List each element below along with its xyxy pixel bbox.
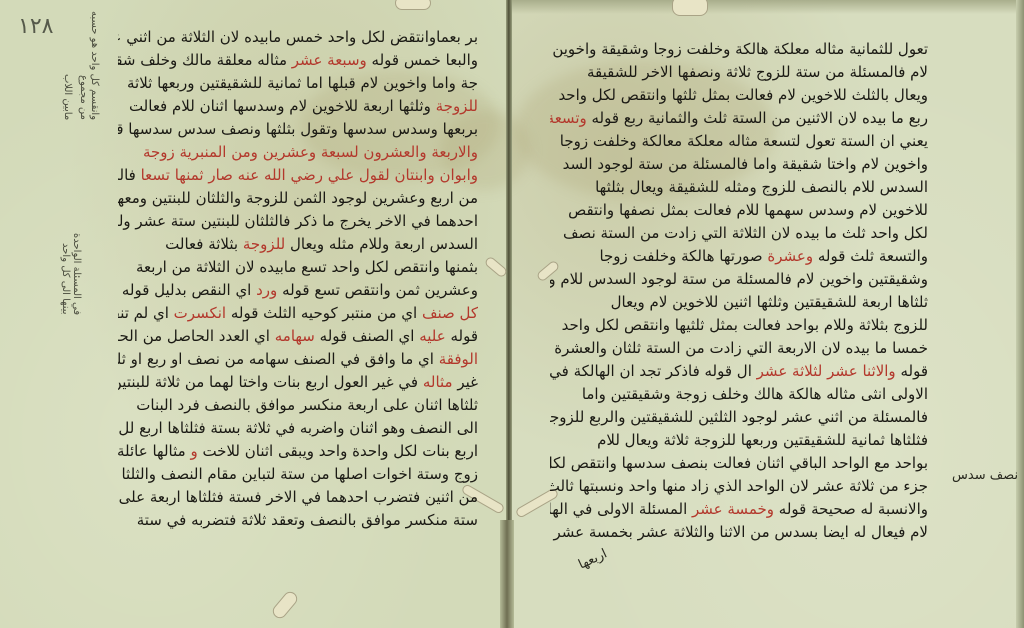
text-line: من اربع وعشرين لوجود الثمن للزوجة والثلث… bbox=[118, 187, 478, 210]
text-line: والاربعة والعشرون لسبعة وعشرين ومن المنب… bbox=[118, 141, 478, 164]
text-line: السدس للام بالنصف للزوج ومثله للشقيقة وي… bbox=[550, 176, 928, 199]
text-line: يعني ان الستة تعول لتسعة مثاله معلكة معا… bbox=[550, 130, 928, 153]
body-text: من اثنين فتضرب احدهما في الاخر فستة فثلث… bbox=[119, 488, 478, 506]
text-line: ويعال بالثلث للاخوين لام فعالت بمثل ثلثه… bbox=[550, 84, 928, 107]
body-text: اربع بنات لكل واحدة واحد ويبقى اثنان للا… bbox=[198, 442, 478, 460]
body-text: بثلاثة فعالت bbox=[165, 235, 243, 253]
body-text: اي لم تنقسم bbox=[118, 304, 174, 322]
text-line: بربعها وسدس سدسها وتقول بثلثها ونصف سدس … bbox=[118, 118, 478, 141]
body-text: بواحد مع الواحد الباقي اثنان فعالت بنصف … bbox=[550, 454, 928, 472]
text-line: ستة منكسر موافق بالنصف وتعقد ثلاثة فتضرب… bbox=[118, 509, 478, 532]
body-text: الى النصف وهو اثنان واضربه في ثلاثة بستة… bbox=[118, 419, 478, 437]
rubric-text: كل صنف bbox=[422, 304, 478, 322]
body-text: قوله bbox=[446, 327, 478, 345]
rubric-text: وخمسة عشر bbox=[692, 500, 774, 518]
rubric-text: للزوجة bbox=[436, 97, 478, 115]
body-text: لكل واحد ثلث ما بيده لان الثلاثة التي زا… bbox=[563, 224, 928, 242]
body-text: بر بعماوانتقض لكل واحد خمس مابيده لان ال… bbox=[118, 28, 478, 46]
rubric-text: والاربعة والعشرون لسبعة وعشرين ومن المنب… bbox=[143, 143, 478, 161]
page-right-edge bbox=[1016, 0, 1024, 628]
rubric-text: وعشرة bbox=[767, 247, 813, 265]
body-text: احدهما في الاخر يخرج ما ذكر فالثلثان للب… bbox=[118, 212, 478, 230]
text-line: بثمنها وانتقص لكل واحد تسع مابيده لان ال… bbox=[118, 256, 478, 279]
text-line: الوفقة اي ما وافق في الصنف سهامه من نصف … bbox=[118, 348, 478, 371]
text-line: قوله والاثنا عشر لثلاثة عشر ال قوله فاذك… bbox=[550, 360, 928, 383]
rubric-text: انكسرت bbox=[174, 304, 226, 322]
rubric-text: الوفقة bbox=[439, 350, 478, 368]
body-text: وشقيقتين واخوين لام فالمسئلة من ستة لوجو… bbox=[550, 270, 928, 288]
body-text: ال قوله فاذكر تجد ان الهالكة في bbox=[550, 362, 757, 380]
body-text: السدس للام بالنصف للزوج ومثله للشقيقة وي… bbox=[595, 178, 928, 196]
body-text: ثلثاها اثنان على اربعة منكسر موافق بالنص… bbox=[136, 396, 478, 414]
text-line: والتسعة ثلث قوله وعشرة صورتها هالكة وخلف… bbox=[550, 245, 928, 268]
page-clip bbox=[395, 0, 431, 10]
body-text: غير bbox=[453, 373, 478, 391]
text-line: خمسا ما بيده لان الاربعة التي زادت من ال… bbox=[550, 337, 928, 360]
body-text: ربع ما بيده لان الاثنين من الستة ثلث وال… bbox=[587, 109, 928, 127]
text-line: من اثنين فتضرب احدهما في الاخر فستة فثلث… bbox=[118, 486, 478, 509]
body-text: للاخوين لام وسدس سهمها للام فعالت بمثل ن… bbox=[568, 201, 928, 219]
rubric-text: عليه bbox=[419, 327, 445, 345]
text-line: واخوين لام واختا شقيقة واما فالمسئلة من … bbox=[550, 153, 928, 176]
text-line: والبعا خمس قوله وسبعة عشر مثاله معلقة ما… bbox=[118, 49, 478, 72]
rubric-text: والاثنا عشر لثلاثة عشر bbox=[757, 362, 896, 380]
body-text: فثلثاها ثمانية للشقيقتين وربعها للزوجة ث… bbox=[597, 431, 928, 449]
text-line: كل صنف اي من منتبر كوحيه الثلث قوله انكس… bbox=[118, 302, 478, 325]
text-line: زوج وستة اخوات اصلها من ستة لتباين مقام … bbox=[118, 463, 478, 486]
left-page-text: بر بعماوانتقض لكل واحد خمس مابيده لان ال… bbox=[118, 26, 478, 532]
margin-note: مابين اللاب bbox=[62, 40, 73, 120]
body-text: اي العدد الحاصل من الحرف قوله bbox=[118, 327, 275, 345]
book-gutter-bottom bbox=[500, 520, 514, 628]
text-line: فثلثاها ثمانية للشقيقتين وربعها للزوجة ث… bbox=[550, 429, 928, 452]
text-line: وابوان وابنتان لقول علي رضي الله عنه صار… bbox=[118, 164, 478, 187]
text-line: ثلثاها اربعة للشقيقتين وثلثها اثنين للاخ… bbox=[550, 291, 928, 314]
text-line: الاولى انثى مثاله هالكة هالك وخلف زوجة و… bbox=[550, 383, 928, 406]
body-text: اي من منتبر كوحيه الثلث قوله bbox=[226, 304, 422, 322]
text-line: فالمسئلة من اثني عشر لوجود الثلثين للشقي… bbox=[550, 406, 928, 429]
margin-note: وانقسم كل واحد هو حسبه من مجموع bbox=[78, 10, 100, 120]
text-line: بواحد مع الواحد الباقي اثنان فعالت بنصف … bbox=[550, 452, 928, 475]
body-text: وعشرين ثمن وانتقص تسع قوله bbox=[277, 281, 478, 299]
text-line: لام فالمسئلة من ستة للزوج ثلاثة ونصفها ا… bbox=[550, 61, 928, 84]
margin-note-right: نصف سدس bbox=[952, 468, 1018, 483]
text-line: السدس اربعة وللام مثله ويعال للزوجة بثلا… bbox=[118, 233, 478, 256]
body-text: تعول للثمانية مثاله معلكة هالكة وخلفت زو… bbox=[552, 40, 928, 58]
rubric-text: وابوان وابنتان لقول علي رضي الله عنه صار… bbox=[141, 166, 478, 184]
body-text: فالمسئلة من اثني عشر لوجود الثلثين للشقي… bbox=[550, 408, 928, 426]
body-text: ستة منكسر موافق بالنصف وتعقد ثلاثة فتضرب… bbox=[137, 511, 478, 529]
body-text: لام فالمسئلة من ستة للزوج ثلاثة ونصفها ا… bbox=[587, 63, 928, 81]
text-line: ثلثاها اثنان على اربعة منكسر موافق بالنص… bbox=[118, 394, 478, 417]
body-text: وثلثها اربعة للاخوين لام وسدسها اثنان لل… bbox=[129, 97, 436, 115]
rubric-text: سهامه bbox=[275, 327, 315, 345]
body-text: زوج وستة اخوات اصلها من ستة لتباين مقام … bbox=[121, 465, 478, 483]
text-line: غير مثاله في غير العول اربع بنات واختا ل… bbox=[118, 371, 478, 394]
rubric-text: للزوجة bbox=[243, 235, 285, 253]
margin-note: في المسئلة الواحدة بينها الى كل واحد bbox=[60, 215, 82, 315]
text-line: قوله عليه اي الصنف قوله سهامه اي العدد ا… bbox=[118, 325, 478, 348]
body-text: خمسا ما بيده لان الاربعة التي زادت من ال… bbox=[550, 339, 928, 357]
body-text: بربعها وسدس سدسها وتقول بثلثها ونصف سدس … bbox=[118, 120, 478, 138]
body-text: من اربع وعشرين لوجود الثمن للزوجة والثلث… bbox=[118, 189, 478, 207]
body-text: مثاله معلقة مالك وخلف شقيقتين وزو bbox=[118, 51, 292, 69]
body-text: اي النقص بدليل قوله ولا يرد قوله bbox=[118, 281, 256, 299]
body-text: اي الصنف قوله bbox=[315, 327, 419, 345]
text-line: بر بعماوانتقض لكل واحد خمس مابيده لان ال… bbox=[118, 26, 478, 49]
manuscript-spread: ١٢٨ وانقسم كل واحد هو حسبه من مجموع مابي… bbox=[0, 0, 1024, 628]
body-text: مثالها عائلة bbox=[118, 442, 190, 460]
body-text: السدس اربعة وللام مثله ويعال bbox=[285, 235, 478, 253]
text-line: جة واما واخوين لام قبلها اما ثمانية للشق… bbox=[118, 72, 478, 95]
right-page-text: تعول للثمانية مثاله معلكة هالكة وخلفت زو… bbox=[550, 38, 928, 544]
body-text: بثمنها وانتقص لكل واحد تسع مابيده لان ال… bbox=[136, 258, 478, 276]
page-clip bbox=[672, 0, 708, 16]
rubric-text: وتسعة bbox=[550, 109, 587, 127]
body-text: ويعال بالثلث للاخوين لام فعالت بمثل ثلثه… bbox=[558, 86, 928, 104]
text-line: احدهما في الاخر يخرج ما ذكر فالثلثان للب… bbox=[118, 210, 478, 233]
text-line: جزء من ثلاثة عشر لان الواحد الذي زاد منه… bbox=[550, 475, 928, 498]
rubric-text: و bbox=[190, 442, 197, 460]
body-text: الاولى انثى مثاله هالكة هالك وخلف زوجة و… bbox=[582, 385, 928, 403]
text-line: وشقيقتين واخوين لام فالمسئلة من ستة لوجو… bbox=[550, 268, 928, 291]
text-line: تعول للثمانية مثاله معلكة هالكة وخلفت زو… bbox=[550, 38, 928, 61]
rubric-text: مثاله bbox=[423, 373, 453, 391]
page-top-shadow bbox=[512, 0, 1024, 14]
body-text: واخوين لام واختا شقيقة واما فالمسئلة من … bbox=[563, 155, 928, 173]
body-text: للزوج بثلاثة وللام بواحد فعالت بمثل ثلثي… bbox=[562, 316, 928, 334]
text-line: والانسبة له صحيحة قوله وخمسة عشر المسئلة… bbox=[550, 498, 928, 521]
body-text: اي ما وافق في الصنف سهامه من نصف او ربع … bbox=[118, 350, 439, 368]
body-text: يعني ان الستة تعول لتسعة مثاله معلكة معا… bbox=[560, 132, 928, 150]
text-line: ربع ما بيده لان الاثنين من الستة ثلث وال… bbox=[550, 107, 928, 130]
folio-number: ١٢٨ bbox=[18, 14, 53, 39]
body-text: جة واما واخوين لام قبلها اما ثمانية للشق… bbox=[127, 74, 478, 92]
body-text: صورتها هالكة وخلفت زوجا bbox=[599, 247, 767, 265]
body-text: فالمسئلة bbox=[118, 166, 141, 184]
text-line: الى النصف وهو اثنان واضربه في ثلاثة بستة… bbox=[118, 417, 478, 440]
body-text: ثلثاها اربعة للشقيقتين وثلثها اثنين للاخ… bbox=[611, 293, 928, 311]
body-text: والتسعة ثلث قوله bbox=[813, 247, 928, 265]
text-line: للاخوين لام وسدس سهمها للام فعالت بمثل ن… bbox=[550, 199, 928, 222]
body-text: جزء من ثلاثة عشر لان الواحد الذي زاد منه… bbox=[550, 477, 928, 495]
body-text: المسئلة الاولى في الهالك bbox=[550, 500, 692, 518]
text-line: لكل واحد ثلث ما بيده لان الثلاثة التي زا… bbox=[550, 222, 928, 245]
rubric-text: ورد bbox=[256, 281, 277, 299]
text-line: للزوجة وثلثها اربعة للاخوين لام وسدسها ا… bbox=[118, 95, 478, 118]
text-line: وعشرين ثمن وانتقص تسع قوله ورد اي النقص … bbox=[118, 279, 478, 302]
rubric-text: وسبعة عشر bbox=[292, 51, 367, 69]
body-text: والبعا خمس قوله bbox=[367, 51, 478, 69]
body-text: في غير العول اربع بنات واختا لهما من ثلا… bbox=[118, 373, 423, 391]
body-text: قوله bbox=[896, 362, 928, 380]
body-text: والانسبة له صحيحة قوله bbox=[774, 500, 928, 518]
body-text: لام فيعال له ايضا بسدس من الاثنا والثلاث… bbox=[550, 523, 928, 541]
text-line: للزوج بثلاثة وللام بواحد فعالت بمثل ثلثي… bbox=[550, 314, 928, 337]
text-line: لام فيعال له ايضا بسدس من الاثنا والثلاث… bbox=[550, 521, 928, 544]
text-line: اربع بنات لكل واحدة واحد ويبقى اثنان للا… bbox=[118, 440, 478, 463]
